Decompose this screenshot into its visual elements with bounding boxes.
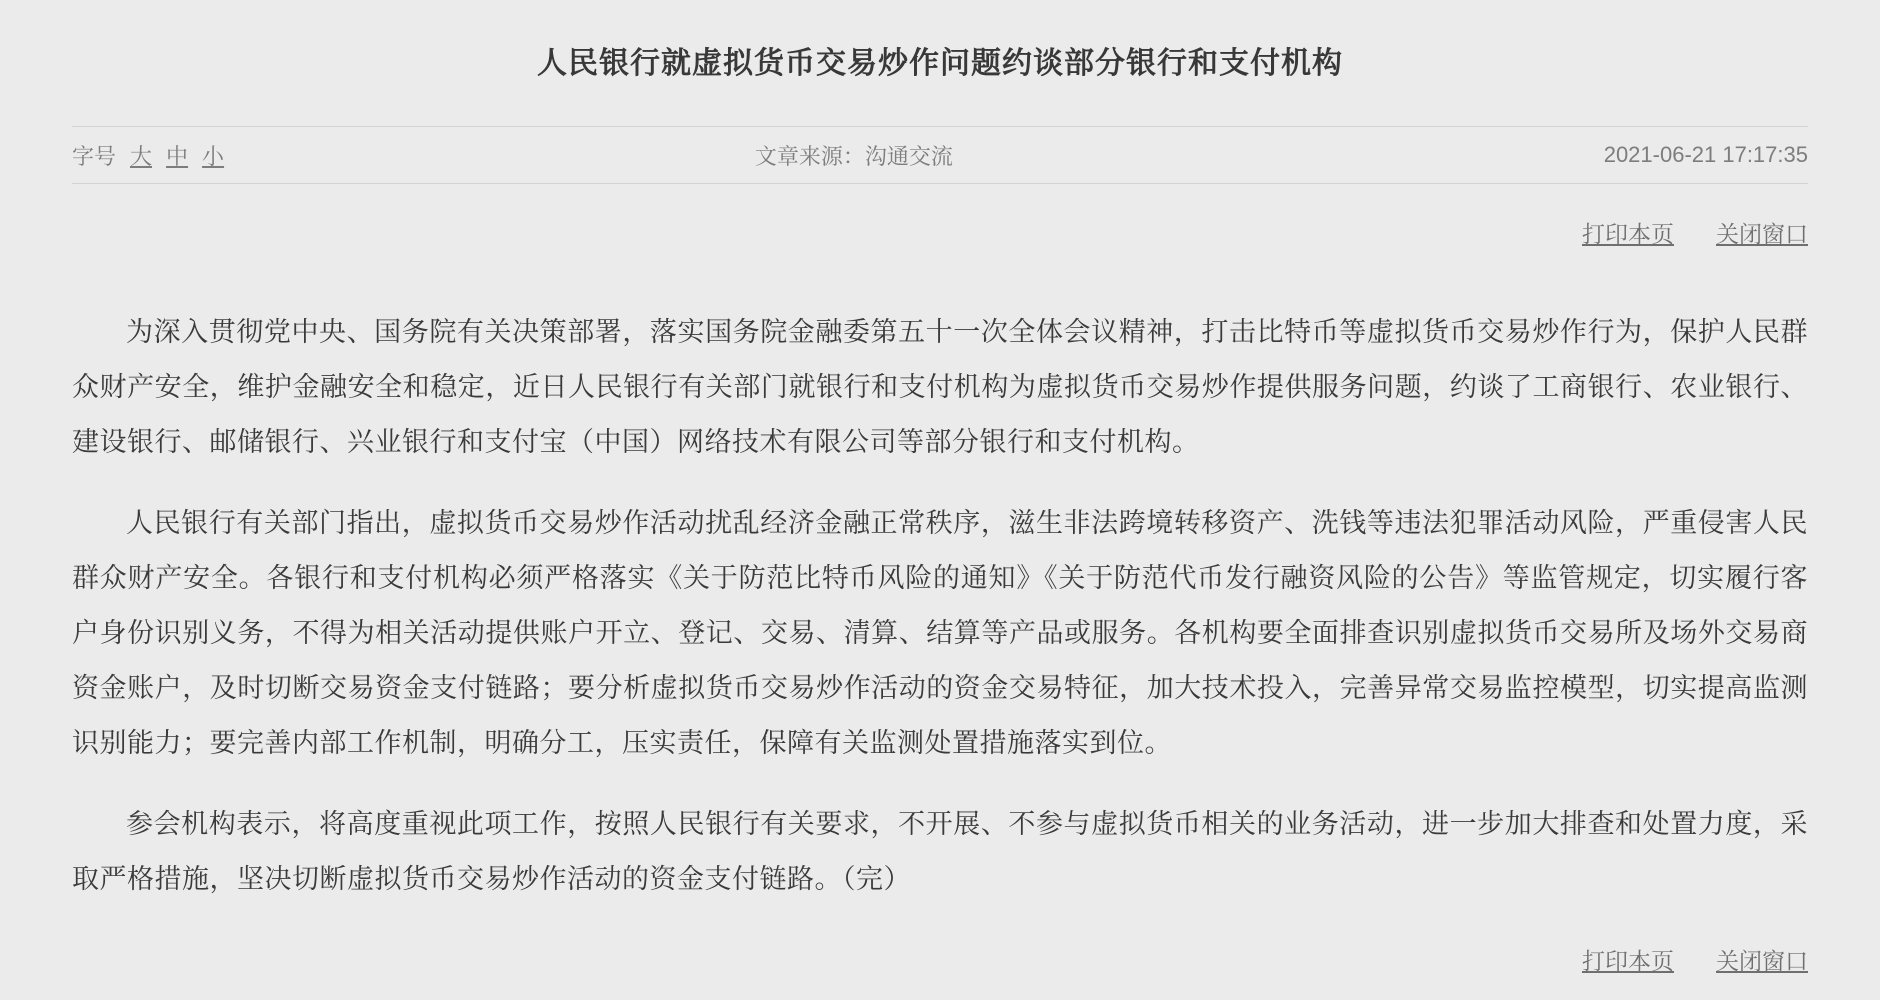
- font-size-small-link[interactable]: 小: [202, 140, 224, 171]
- print-page-link-bottom[interactable]: 打印本页: [1582, 943, 1674, 976]
- article-page: 人民银行就虚拟货币交易炒作问题约谈部分银行和支付机构 字号 大 中 小 文章来源…: [72, 0, 1808, 976]
- article-meta-bar: 字号 大 中 小 文章来源：沟通交流 2021-06-21 17:17:35: [72, 127, 1808, 183]
- article-datetime: 2021-06-21 17:17:35: [1604, 142, 1808, 168]
- article-source-label: 文章来源：: [755, 144, 865, 169]
- action-links-bottom: 打印本页 关闭窗口: [72, 943, 1808, 976]
- page-title: 人民银行就虚拟货币交易炒作问题约谈部分银行和支付机构: [72, 38, 1808, 82]
- action-links-top: 打印本页 关闭窗口: [72, 216, 1808, 249]
- close-window-link[interactable]: 关闭窗口: [1716, 216, 1808, 249]
- article-paragraph: 人民银行有关部门指出，虚拟货币交易炒作活动扰乱经济金融正常秩序，滋生非法跨境转移…: [72, 496, 1808, 771]
- article-paragraph: 参会机构表示，将高度重视此项工作，按照人民银行有关要求，不开展、不参与虚拟货币相…: [72, 797, 1808, 907]
- divider-meta-bottom: [72, 183, 1808, 184]
- print-page-link[interactable]: 打印本页: [1582, 216, 1674, 249]
- font-size-medium-link[interactable]: 中: [166, 140, 188, 171]
- article-source: 文章来源：沟通交流: [224, 140, 1604, 171]
- font-size-large-link[interactable]: 大: [130, 140, 152, 171]
- article-source-value: 沟通交流: [865, 144, 953, 169]
- article-body: 为深入贯彻党中央、国务院有关决策部署，落实国务院金融委第五十一次全体会议精神，打…: [72, 305, 1808, 907]
- close-window-link-bottom[interactable]: 关闭窗口: [1716, 943, 1808, 976]
- font-size-control: 字号 大 中 小: [72, 140, 224, 171]
- font-size-label: 字号: [72, 140, 116, 171]
- article-paragraph: 为深入贯彻党中央、国务院有关决策部署，落实国务院金融委第五十一次全体会议精神，打…: [72, 305, 1808, 470]
